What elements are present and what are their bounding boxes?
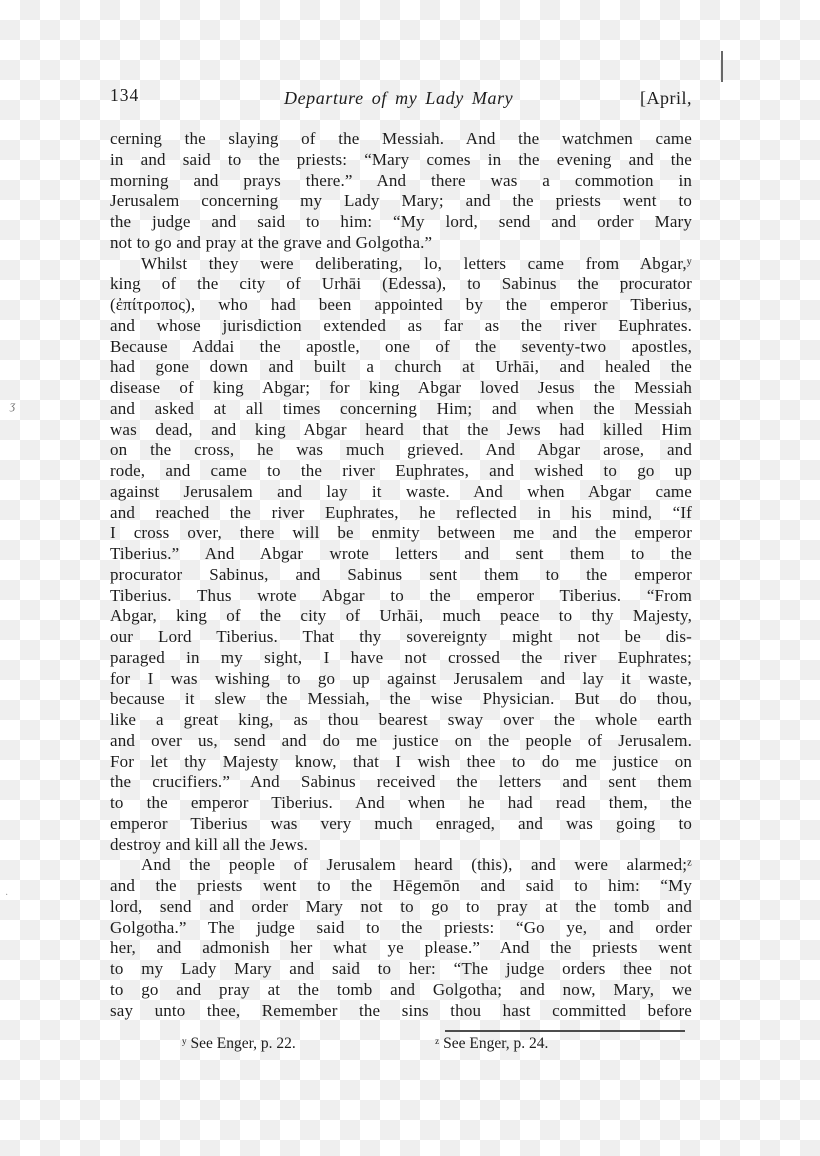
text-line: to my Lady Mary and said to her: “The ju… <box>110 959 692 980</box>
paragraph: cerning the slaying of the Messiah. And … <box>110 129 692 254</box>
text-line: her, and admonish her what ye please.” A… <box>110 938 692 959</box>
text-line: our Lord Tiberius. That thy sovereignty … <box>110 627 692 648</box>
page-body: cerning the slaying of the Messiah. And … <box>110 129 692 1021</box>
text-line: for I was wishing to go up against Jerus… <box>110 669 692 690</box>
text-line: morning and prays there.” And there was … <box>110 171 692 192</box>
footnote-z: ᶻ See Enger, p. 24. <box>435 1035 548 1053</box>
text-line: emperor Tiberius was very much enraged, … <box>110 814 692 835</box>
scan-artifact-vertical-tick <box>721 51 723 82</box>
text-line: paraged in my sight, I have not crossed … <box>110 648 692 669</box>
text-line: on the cross, he was much grieved. And A… <box>110 440 692 461</box>
text-line: I cross over, there will be enmity betwe… <box>110 523 692 544</box>
text-line: Tiberius. Thus wrote Abgar to the empero… <box>110 586 692 607</box>
text-line: cerning the slaying of the Messiah. And … <box>110 129 692 150</box>
text-line: Jerusalem concerning my Lady Mary; and t… <box>110 191 692 212</box>
text-line: Whilst they were deliberating, lo, lette… <box>110 254 692 275</box>
scan-artifact-margin-dot: · <box>5 890 8 901</box>
text-line: against Jerusalem and lay it waste. And … <box>110 482 692 503</box>
page-content: 134 Departure of my Lady Mary [April, ce… <box>110 88 692 1021</box>
page-header: 134 Departure of my Lady Mary [April, <box>110 88 692 109</box>
scan-artifact-footnote-rule <box>445 1030 685 1032</box>
running-title: Departure of my Lady Mary <box>284 88 513 109</box>
text-line: king of the city of Urhāi (Edessa), to S… <box>110 274 692 295</box>
text-line: rode, and came to the river Euphrates, a… <box>110 461 692 482</box>
paragraph: Whilst they were deliberating, lo, lette… <box>110 254 692 856</box>
text-line: Abgar, king of the city of Urhāi, much p… <box>110 606 692 627</box>
text-line: because it slew the Messiah, the wise Ph… <box>110 689 692 710</box>
issue-label: [April, <box>640 88 692 109</box>
text-line: like a great king, as thou bearest sway … <box>110 710 692 731</box>
text-line: in and said to the priests: “Mary comes … <box>110 150 692 171</box>
text-line: Golgotha.” The judge said to the priests… <box>110 918 692 939</box>
text-line: destroy and kill all the Jews. <box>110 835 692 856</box>
text-line: Tiberius.” And Abgar wrote letters and s… <box>110 544 692 565</box>
scan-artifact-margin-smudge: ʒ <box>10 398 15 413</box>
text-line: not to go and pray at the grave and Golg… <box>110 233 692 254</box>
scanned-book-page: ʒ · 134 Departure of my Lady Mary [April… <box>0 0 820 1156</box>
text-line: to go and pray at the tomb and Golgotha;… <box>110 980 692 1001</box>
text-line: to the emperor Tiberius. And when he had… <box>110 793 692 814</box>
page-number: 134 <box>110 85 139 106</box>
text-line: was dead, and king Abgar heard that the … <box>110 420 692 441</box>
text-line: lord, send and order Mary not to go to p… <box>110 897 692 918</box>
text-line: and whose jurisdiction extended as far a… <box>110 316 692 337</box>
text-line: had gone down and built a church at Urhā… <box>110 357 692 378</box>
text-line: the crucifiers.” And Sabinus received th… <box>110 772 692 793</box>
text-line: disease of king Abgar; for king Abgar lo… <box>110 378 692 399</box>
footnote-y: ʸ See Enger, p. 22. <box>182 1035 296 1053</box>
text-line: the judge and said to him: “My lord, sen… <box>110 212 692 233</box>
text-line: and asked at all times concerning Him; a… <box>110 399 692 420</box>
text-line: And the people of Jerusalem heard (this)… <box>110 855 692 876</box>
text-line: Because Addai the apostle, one of the se… <box>110 337 692 358</box>
text-line: and reached the river Euphrates, he refl… <box>110 503 692 524</box>
paragraph: And the people of Jerusalem heard (this)… <box>110 855 692 1021</box>
text-line: say unto thee, Remember the sins thou ha… <box>110 1001 692 1022</box>
footnotes: ʸ See Enger, p. 22. ᶻ See Enger, p. 24. <box>110 1035 692 1061</box>
text-line: (ἐπίτροπος), who had been appointed by t… <box>110 295 692 316</box>
text-line: and over us, send and do me justice on t… <box>110 731 692 752</box>
text-line: procurator Sabinus, and Sabinus sent the… <box>110 565 692 586</box>
text-line: For let thy Majesty know, that I wish th… <box>110 752 692 773</box>
text-line: and the priests went to the Hēgemōn and … <box>110 876 692 897</box>
